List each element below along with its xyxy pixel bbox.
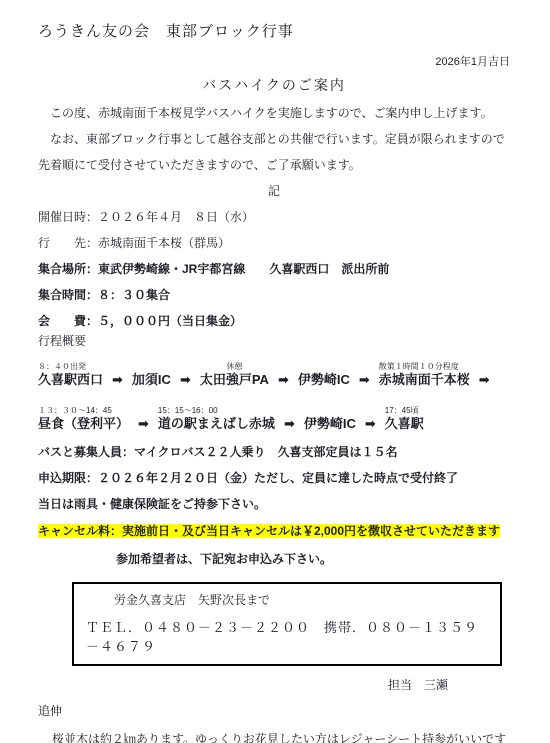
stop-name: 加須IC <box>132 372 171 387</box>
itinerary-row-1: ８：４０出発 久喜駅西口 ➡ 加須IC ➡ 休憩 太田強戸PA ➡ 伊勢崎IC … <box>38 361 510 387</box>
page-title: バスハイクのご案内 <box>38 75 510 95</box>
stop-name: 伊勢崎IC <box>298 372 350 387</box>
document-date: 2026年1月吉日 <box>38 53 510 69</box>
contact-box: 労金久喜支店 矢野次長まで ＴＥＬ．０４８０－２３－２２００ 携帯．０８０－１３… <box>72 582 502 666</box>
stop-name: 道の駅まえばし赤城 <box>158 416 275 431</box>
itinerary-stop: 15：15～16：00 道の駅まえばし赤城 <box>158 405 275 431</box>
detail-meeting-time-line: 集合時間：８：３０集合 <box>38 287 510 303</box>
itinerary-stop: ８：４０出発 久喜駅西口 <box>38 361 103 387</box>
application-instruction-line: 参加希望者は、下記宛お申込み下さい。 <box>38 550 510 567</box>
stop-name: 赤城南面千本桜 <box>379 372 470 387</box>
stop-name: 久喜駅西口 <box>38 372 103 387</box>
contact-person-line: 労金久喜支店 矢野次長まで <box>86 591 488 608</box>
stop-time-label <box>298 361 350 372</box>
detail-meeting-place-line: 集合場所：東武伊勢崎線・JR宇都宮線 久喜駅西口 派出所前 <box>38 261 510 277</box>
document-header: ろうきん友の会 東部ブロック行事 <box>38 20 510 41</box>
ki-marker: 記 <box>38 182 510 199</box>
itinerary-stop: 17：45頃 久喜駅 <box>385 405 424 431</box>
detail-destination-line: 行 先：赤城南面千本桜（群馬） <box>38 235 510 251</box>
right-arrow-icon: ➡ <box>180 372 191 387</box>
items-to-bring-line: 当日は雨具・健康保険証をご持参下さい。 <box>38 496 510 512</box>
intro-paragraph-2: なお、東部ブロック行事として越谷支部との共催で行います。定員が限られますので <box>38 132 510 147</box>
stop-time-label: 休憩 <box>200 361 269 372</box>
itinerary-stop: 伊勢崎IC <box>298 361 350 387</box>
stop-time-label: 散策１時間１０分程度 <box>379 361 470 372</box>
stop-time-label: 15：15～16：00 <box>158 405 275 416</box>
itinerary-stop: １３：３０～14：45 昼食（登利平） <box>38 405 129 431</box>
stop-time-label: １３：３０～14：45 <box>38 405 129 416</box>
postscript-label: 追伸 <box>38 702 510 719</box>
contact-phone-line: ＴＥＬ．０４８０－２３－２２００ 携帯．０８０－１３５９－４６７９ <box>86 617 488 655</box>
postscript-text: 桜並木は約２㎞あります。ゆっくりお花見したい方はレジャーシート持参がいいです <box>38 730 510 743</box>
document-page: ろうきん友の会 東部ブロック行事 2026年1月吉日 バスハイクのご案内 この度… <box>0 0 550 743</box>
right-arrow-icon: ➡ <box>284 416 295 431</box>
bus-capacity-line: バスと募集人員：マイクロバス２２人乗り 久喜支部定員は１５名 <box>38 444 510 460</box>
itinerary-stop: 散策１時間１０分程度 赤城南面千本桜 <box>379 361 470 387</box>
cancellation-fee-line: キャンセル料：実施前日・及び当日キャンセルは￥2,000円を徴収させていただきま… <box>38 523 510 540</box>
stop-time-label: ８：４０出発 <box>38 361 103 372</box>
stop-name: 昼食（登利平） <box>38 416 129 431</box>
itinerary-row-2: １３：３０～14：45 昼食（登利平） ➡ 15：15～16：00 道の駅まえば… <box>38 405 510 431</box>
itinerary-stop: 休憩 太田強戸PA <box>200 361 269 387</box>
staff-in-charge: 担当 三瀬 <box>38 676 510 693</box>
application-deadline-line: 申込期限：２０２６年２月２０日（金）ただし、定員に達した時点で受付終了 <box>38 470 510 486</box>
itinerary-stop: 伊勢崎IC <box>304 405 356 431</box>
detail-fee-line: 会 費：５，０００円（当日集金） <box>38 313 510 329</box>
right-arrow-icon: ➡ <box>479 372 490 387</box>
right-arrow-icon: ➡ <box>112 372 123 387</box>
right-arrow-icon: ➡ <box>359 372 370 387</box>
right-arrow-icon: ➡ <box>365 416 376 431</box>
intro-paragraph-3: 先着順にて受付させていただきますので、ご了承願います。 <box>38 158 510 173</box>
stop-name: 太田強戸PA <box>200 372 269 387</box>
stop-name: 久喜駅 <box>385 416 424 431</box>
stop-name: 伊勢崎IC <box>304 416 356 431</box>
right-arrow-icon: ➡ <box>138 416 149 431</box>
stop-time-label <box>132 361 171 372</box>
itinerary-heading: 行程概要 <box>38 333 510 349</box>
detail-date-line: 開催日時：２０２６年４月 ８日（水） <box>38 209 510 225</box>
right-arrow-icon: ➡ <box>278 372 289 387</box>
stop-time-label: 17：45頃 <box>385 405 424 416</box>
stop-time-label <box>304 405 356 416</box>
itinerary-stop: 加須IC <box>132 361 171 387</box>
intro-paragraph-1: この度、赤城南面千本桜見学バスハイクを実施しますので、ご案内申し上げます。 <box>38 106 510 121</box>
highlighted-text: キャンセル料：実施前日・及び当日キャンセルは￥2,000円を徴収させていただきま… <box>38 524 500 538</box>
